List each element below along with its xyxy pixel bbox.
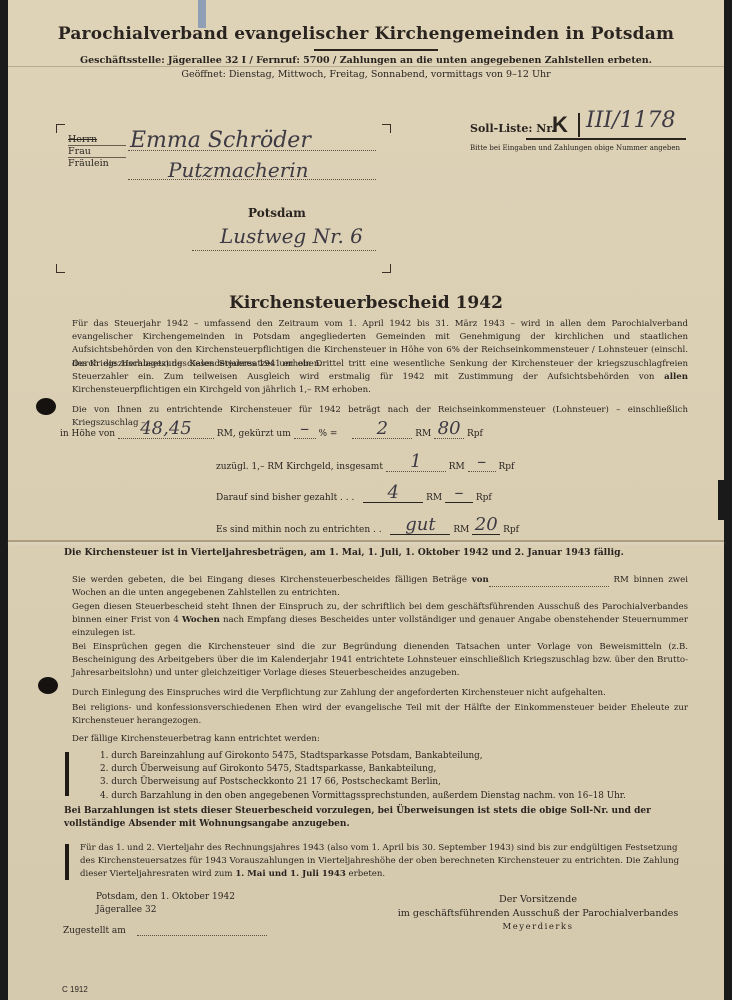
tax-rm-value: 2 [377, 418, 388, 439]
paid-rm-field: 4 [363, 484, 423, 503]
instructions-text-1: Sie werden gebeten, die bei Eingang dies… [58, 574, 688, 600]
street-line [192, 250, 376, 251]
advance-note-dates: 1. Mai und 1. Juli 1943 [235, 869, 346, 879]
signer-body: im geschäftsführenden Ausschuß der Paroc… [388, 908, 688, 919]
document-title: Kirchensteuerbescheid 1942 [8, 293, 724, 313]
payment-methods-bar [65, 752, 69, 796]
payment-note: Bei Barzahlungen ist stets dieser Steuer… [64, 805, 694, 832]
instructions-text-1-bold: von [472, 575, 489, 585]
kirchgeld-label: zuzügl. 1,– RM Kirchgeld, insgesamt [216, 462, 383, 472]
rm-unit: RM [453, 525, 469, 535]
fold-line-middle [8, 540, 724, 542]
instructions-paragraph-4: Durch Einlegung des Einspruches wird die… [58, 687, 688, 700]
paid-row: Darauf sind bisher gezahlt . . . 4 RM – … [216, 484, 492, 503]
remaining-rm-field: gut [390, 516, 450, 535]
place-date: Potsdam, den 1. Oktober 1942 [96, 892, 235, 902]
delivered-label: Zugestellt am [63, 926, 126, 936]
office-info: Geschäftsstelle: Jägerallee 32 I / Fernr… [8, 55, 724, 66]
due-dates: Die Kirchensteuer ist in Vierteljahresbe… [64, 547, 624, 558]
salutation-herr: Herrn [68, 134, 97, 145]
document-page: Parochialverband evangelischer Kirchenge… [8, 0, 724, 1000]
signer-name: Meyerdierks [388, 922, 688, 932]
base-amount-field: 48,45 [118, 420, 214, 439]
payment-method-item: 3. durch Überweisung auf Postscheckkonto… [100, 776, 626, 789]
remaining-rpf-field: 20 [472, 516, 500, 535]
name-line [128, 150, 376, 151]
reduction-unit: % = [319, 429, 338, 439]
soll-liste-number: III/1178 [586, 108, 675, 133]
kirchgeld-rm-value: 1 [410, 451, 421, 472]
kirchgeld-rpf-field: – [468, 453, 496, 472]
instructions-text-1a: Sie werden gebeten, die bei Eingang dies… [72, 575, 472, 585]
advance-note-bar [65, 844, 69, 880]
remaining-label: Es sind mithin noch zu entrichten . . [216, 525, 382, 535]
punch-hole [36, 398, 56, 415]
base-amount-row: in Höhe von 48,45 RM, gekürzt um – % = 2… [60, 420, 483, 439]
tax-rpf-value: 80 [438, 418, 461, 439]
amount-blank [489, 586, 609, 587]
instructions-paragraph-3: Bei Einsprüchen gegen die Kirchensteuer … [58, 641, 688, 681]
punch-hole [38, 677, 58, 694]
salutation-fraeulein: Fräulein [68, 158, 109, 169]
intro-text-2: Durch die Herabsetzung dieses Steuersatz… [58, 358, 688, 398]
rpf-unit: Rpf [476, 493, 492, 503]
intro-text-2-bold: allen [664, 372, 688, 382]
intro-text-2b: Kirchensteuerpflichtigen ein Kirchgeld v… [72, 385, 371, 395]
base-amount-unit: RM, gekürzt um [217, 429, 291, 439]
instructions-text-2: Gegen diesen Steuerbescheid steht Ihnen … [58, 601, 688, 641]
salutation-frau: Frau [68, 146, 91, 157]
fold-line-top [8, 66, 724, 67]
base-amount-value: 48,45 [140, 418, 192, 439]
organization-title: Parochialverband evangelischer Kirchenge… [8, 24, 724, 44]
tax-rm-field: 2 [352, 420, 412, 439]
delivered-date-field [137, 935, 267, 936]
soll-liste-note: Bitte bei Eingaben und Zahlungen obige N… [470, 144, 680, 152]
paper-tear [718, 480, 724, 520]
kirchgeld-rm-field: 1 [386, 453, 446, 472]
base-amount-label: in Höhe von [60, 429, 115, 439]
footer-address: Jägerallee 32 [96, 905, 156, 915]
reduction-value: – [300, 418, 309, 439]
window-corner [56, 264, 65, 273]
window-corner [56, 124, 65, 133]
instructions-text-2-bold: Wochen [182, 615, 220, 625]
advance-note: Für das 1. und 2. Vierteljahr des Rechnu… [80, 842, 692, 881]
rpf-unit: Rpf [467, 429, 483, 439]
instructions-text-4: Durch Einlegung des Einspruches wird die… [58, 687, 688, 700]
kirchgeld-rpf-value: – [477, 451, 486, 472]
window-corner [382, 124, 391, 133]
paid-rpf-field: – [445, 484, 473, 503]
instructions-text-5: Bei religions- und konfessionsverschiede… [58, 702, 688, 728]
instructions-text-3: Bei Einsprüchen gegen die Kirchensteuer … [58, 641, 688, 681]
payment-method-item: 2. durch Überweisung auf Girokonto 5475,… [100, 763, 626, 776]
remaining-rm-value: gut [405, 514, 435, 535]
header-rule [314, 49, 438, 51]
soll-liste-prefix: K [552, 112, 568, 138]
rm-unit: RM [415, 429, 431, 439]
occupation-line [128, 179, 376, 180]
payment-method-item: 1. durch Bareinzahlung auf Girokonto 547… [100, 750, 626, 763]
instructions-paragraph-5: Bei religions- und konfessionsverschiede… [58, 702, 688, 728]
paid-rpf-value: – [454, 482, 463, 503]
intro-paragraph-2: Durch die Herabsetzung dieses Steuersatz… [58, 358, 688, 398]
delivered-row: Zugestellt am [63, 926, 267, 936]
instructions-paragraph-1: Sie werden gebeten, die bei Eingang dies… [58, 574, 688, 600]
recipient-city: Potsdam [248, 206, 306, 220]
remaining-row: Es sind mithin noch zu entrichten . . gu… [216, 516, 519, 535]
tax-rpf-field: 80 [434, 420, 464, 439]
signer-title: Der Vorsitzende [388, 894, 688, 905]
kirchgeld-row: zuzügl. 1,– RM Kirchgeld, insgesamt 1 RM… [216, 453, 514, 472]
rm-unit: RM [449, 462, 465, 472]
instructions-paragraph-2: Gegen diesen Steuerbescheid steht Ihnen … [58, 601, 688, 641]
instructions-text-6: Der fällige Kirchensteuerbetrag kann ent… [58, 733, 688, 746]
form-number: C 1912 [62, 985, 88, 994]
reduction-field: – [294, 420, 316, 439]
soll-liste-divider [578, 113, 580, 137]
payment-method-item: 4. durch Barzahlung in den oben angegebe… [100, 790, 626, 803]
office-hours: Geöffnet: Dienstag, Mittwoch, Freitag, S… [8, 69, 724, 80]
window-corner [382, 264, 391, 273]
paid-label: Darauf sind bisher gezahlt . . . [216, 493, 354, 503]
payment-methods-list: 1. durch Bareinzahlung auf Girokonto 547… [100, 750, 626, 803]
advance-note-end: erbeten. [346, 869, 385, 879]
soll-liste-label: Soll-Liste: Nr. [470, 122, 555, 135]
rpf-unit: Rpf [498, 462, 514, 472]
soll-liste-underline [526, 138, 686, 140]
recipient-street: Lustweg Nr. 6 [220, 224, 363, 248]
rm-unit: RM [426, 493, 442, 503]
rpf-unit: Rpf [503, 525, 519, 535]
paid-rm-value: 4 [388, 482, 399, 503]
instructions-paragraph-6: Der fällige Kirchensteuerbetrag kann ent… [58, 733, 688, 746]
remaining-rpf-value: 20 [475, 514, 498, 535]
intro-text-2a: Durch die Herabsetzung dieses Steuersatz… [72, 359, 688, 382]
